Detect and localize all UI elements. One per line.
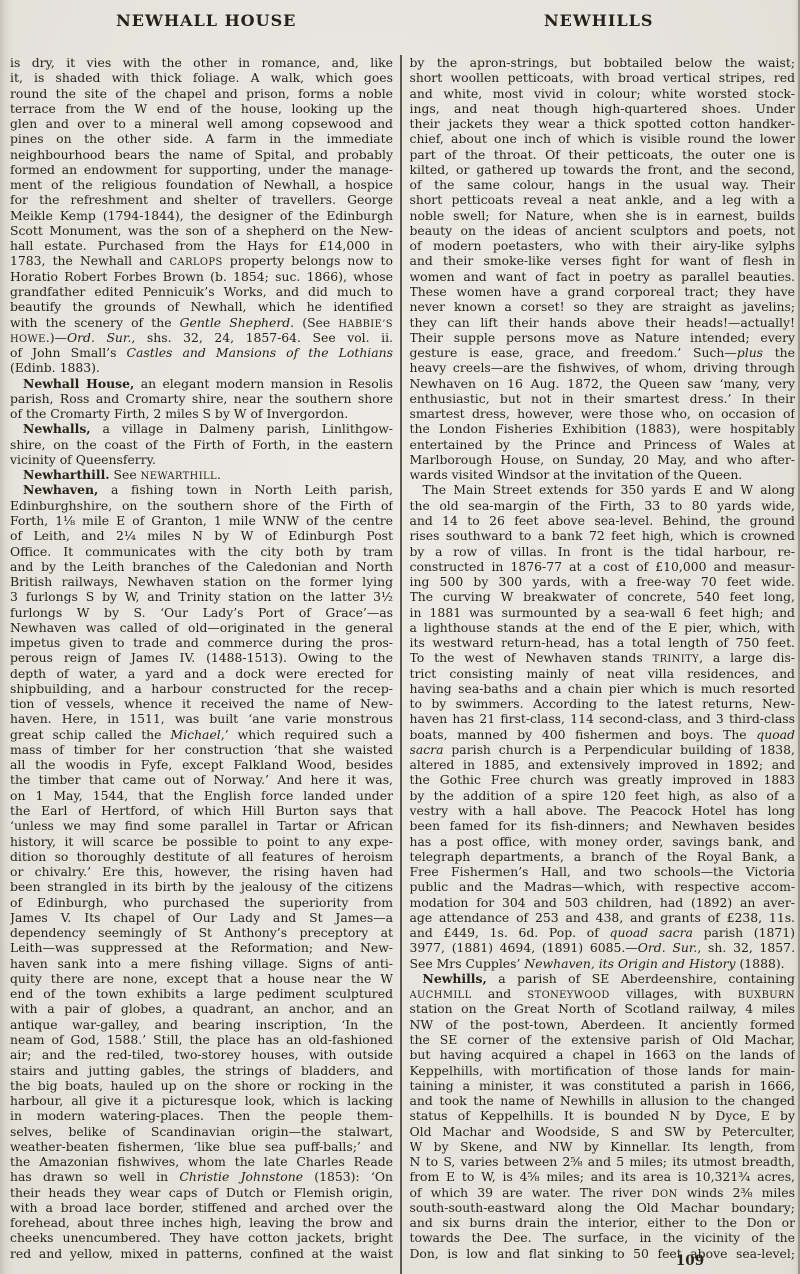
text-line: rises southward to a bank 72 feet high, …: [410, 528, 796, 543]
text-line: harbour, all give it a picturesque look,…: [10, 1093, 393, 1108]
text-line: gesture is ease, grace, and freedom.’ Su…: [410, 345, 796, 360]
text-line: and their smoke-like verses fight for wa…: [410, 253, 796, 268]
text-line: ‘unless we may find some parallel in Tar…: [10, 818, 393, 833]
right-column: by the apron-strings, but bobtailed belo…: [402, 55, 796, 1274]
text-line: See Mrs Cupples’ Newhaven, its Origin an…: [410, 956, 796, 971]
text-line: grandfather edited Pennicuik’s Works, an…: [10, 284, 393, 299]
text-line: great schip called the Michael,’ which r…: [10, 727, 393, 742]
text-line: wards visited Windsor at the invitation …: [410, 467, 796, 482]
text-line: of the same colour, hangs in the usual w…: [410, 177, 796, 192]
text-line: smartest dress, however, were those who,…: [410, 406, 796, 421]
text-line: Newhills, a parish of SE Aberdeenshire, …: [410, 971, 796, 986]
text-line: in 1881 was surmounted by a sea-wall 6 f…: [410, 605, 796, 620]
text-line: forehead, about three inches high, leavi…: [10, 1215, 393, 1230]
text-line: station on the Great North of Scotland r…: [410, 1001, 796, 1016]
text-line: red and yellow, mixed in patterns, confi…: [10, 1246, 393, 1261]
text-line: short woollen petticoats, with broad ver…: [410, 70, 796, 85]
text-line: the old sea-margin of the Firth, 33 to 8…: [410, 498, 796, 513]
text-line: of John Small’s Castles and Mansions of …: [10, 345, 393, 360]
text-line: of Leith, and 2¼ miles N by W of Edinbur…: [10, 528, 393, 543]
text-line: telegraph departments, a branch of the R…: [410, 849, 796, 864]
text-line: the Gothic Free church was greatly impro…: [410, 772, 796, 787]
text-line: age attendance of 253 and 438, and grant…: [410, 910, 796, 925]
text-line: has drawn so well in Christie Johnstone …: [10, 1169, 393, 1184]
text-line: south-south-eastward along the Old Macha…: [410, 1200, 796, 1215]
running-header-left: NEWHALL HOUSE: [10, 11, 403, 30]
text-line: Scott Monument, was the son of a shepher…: [10, 223, 393, 238]
text-line: the SE corner of the extensive parish of…: [410, 1032, 796, 1047]
text-line: but having acquired a chapel in 1663 on …: [410, 1047, 796, 1062]
text-line: of Edinburgh, who purchased the superior…: [10, 895, 393, 910]
text-line: weather-beaten fishermen, ‘like blue sea…: [10, 1139, 393, 1154]
text-line: a lighthouse stands at the end of the E …: [410, 620, 796, 635]
text-line: constructed in 1876-77 at a cost of £10,…: [410, 559, 796, 574]
text-line: public and the Madras—which, with respec…: [410, 879, 796, 894]
text-line: beautify the grounds of Newhall, which h…: [10, 299, 393, 314]
text-line: trict consisting mainly of neat villa re…: [410, 666, 796, 681]
text-line: furlongs W by S. ‘Our Lady’s Port of Gra…: [10, 605, 393, 620]
text-line: neighbourhood bears the name of Spital, …: [10, 147, 393, 162]
text-line: formed an endowment for supporting, unde…: [10, 162, 393, 177]
text-line: haven has 21 first-class, 114 second-cla…: [410, 711, 796, 726]
left-column: is dry, it vies with the other in romanc…: [10, 55, 400, 1274]
text-line: and white, most vivid in colour; white w…: [410, 86, 796, 101]
text-line: (Edinb. 1883).: [10, 360, 393, 375]
text-line: of modern poetasters, who with their air…: [410, 238, 796, 253]
text-line: hall estate. Purchased from the Hays for…: [10, 238, 393, 253]
text-line: cheeks unencumbered. They have cotton ja…: [10, 1230, 393, 1245]
text-line: Newharthill. See NEWARTHILL.: [10, 467, 393, 482]
text-line: depth of water, a yard and a dock were e…: [10, 666, 393, 681]
text-line: Don, is low and flat sinking to 50 feet …: [410, 1246, 796, 1261]
text-line: noble swell; for Nature, when she is in …: [410, 208, 796, 223]
text-line: tion of vessels, whence it received the …: [10, 696, 393, 711]
text-line: beauty on the ideas of ancient sculptors…: [410, 223, 796, 238]
text-line: altered in 1885, and extensively improve…: [410, 757, 796, 772]
text-line: it, is shaded with thick foliage. A walk…: [10, 70, 393, 85]
text-line: the big boats, hauled up on the shore or…: [10, 1078, 393, 1093]
text-line: with the scenery of the Gentle Shepherd.…: [10, 315, 393, 330]
text-line: has a post office, with money order, sav…: [410, 834, 796, 849]
text-line: entertained by the Prince and Princess o…: [410, 437, 796, 452]
text-line: These women have a grand corporeal tract…: [410, 284, 796, 299]
text-line: pines on the other side. A farm in the i…: [10, 131, 393, 146]
text-line: Meikle Kemp (1794-1844), the designer of…: [10, 208, 393, 223]
text-line: dition so thoroughly destitute of all fe…: [10, 849, 393, 864]
text-line: shire, on the coast of the Firth of Fort…: [10, 437, 393, 452]
text-line: Keppelhills, with mortification of those…: [410, 1063, 796, 1078]
text-line: dependency seemingly of St Anthony’s pre…: [10, 925, 393, 940]
text-line: The Main Street extends for 350 yards E …: [410, 482, 796, 497]
text-line: NW of the post-town, Aberdeen. It ancien…: [410, 1017, 796, 1032]
text-line: been strangled in its birth by the jealo…: [10, 879, 393, 894]
column-rule: [400, 55, 402, 1274]
text-columns: is dry, it vies with the other in romanc…: [10, 55, 795, 1274]
text-line: by the addition of a spire 120 feet high…: [410, 788, 796, 803]
text-line: ing 500 by 300 yards, with a free-way 70…: [410, 574, 796, 589]
text-line: towards the Dee. The surface, in the vic…: [410, 1230, 796, 1245]
text-line: or chivalry.’ Ere this, however, the ris…: [10, 864, 393, 879]
text-line: the Earl of Hertford, of which Hill Burt…: [10, 803, 393, 818]
text-line: kilted, or gathered up towards the front…: [410, 162, 796, 177]
text-line: boats, manned by 400 fishermen and boys.…: [410, 727, 796, 742]
text-line: of which 39 are water. The river DON win…: [410, 1185, 796, 1200]
text-line: Newhalls, a village in Dalmeny parish, L…: [10, 421, 393, 436]
text-line: To the west of Newhaven stands TRINITY, …: [410, 650, 796, 665]
text-line: end of the town exhibits a large pedimen…: [10, 986, 393, 1001]
text-line: to by swimmers. According to the latest …: [410, 696, 796, 711]
text-line: haven sank into a mere fishing village. …: [10, 956, 393, 971]
text-line: is dry, it vies with the other in romanc…: [10, 55, 393, 70]
text-line: terrace from the W end of the house, loo…: [10, 101, 393, 116]
text-line: antique war-galley, and bearing inscript…: [10, 1017, 393, 1032]
text-line: short petticoats reveal a neat ankle, an…: [410, 192, 796, 207]
text-line: 3977, (1881) 4694, (1891) 6085.—Ord. Sur…: [410, 940, 796, 955]
text-line: 3 furlongs S by W, and Trinity station o…: [10, 589, 393, 604]
text-line: Office. It communicates with the city bo…: [10, 544, 393, 559]
text-line: Leith—was suppressed at the Reformation;…: [10, 940, 393, 955]
text-line: Forth, 1⅛ mile E of Granton, 1 mile WNW …: [10, 513, 393, 528]
gazetteer-page: NEWHALL HOUSE NEWHILLS is dry, it vies w…: [0, 0, 800, 1274]
text-line: its westward return-head, has a total le…: [410, 635, 796, 650]
text-line: Marlborough House, on Sunday, 20 May, an…: [410, 452, 796, 467]
text-line: quity there are none, except that a hous…: [10, 971, 393, 986]
text-line: HOWE.)—Ord. Sur., shs. 32, 24, 1857-64. …: [10, 330, 393, 345]
text-line: N to S, varies between 2⅝ and 5 miles; i…: [410, 1154, 796, 1169]
text-line: stairs and jutting gables, the strings o…: [10, 1063, 393, 1078]
text-line: The curving W breakwater of concrete, 54…: [410, 589, 796, 604]
text-line: selves, belike of Scandinavian origin—th…: [10, 1124, 393, 1139]
text-line: vestry with a hall above. The Peacock Ho…: [410, 803, 796, 818]
text-line: shipbuilding, and a harbour constructed …: [10, 681, 393, 696]
text-line: round the site of the chapel and prison,…: [10, 86, 393, 101]
text-line: in modern watering-places. Then the peop…: [10, 1108, 393, 1123]
text-line: W by Skene, and NW by Kinnellar. Its len…: [410, 1139, 796, 1154]
text-line: for the refreshment and shelter of trave…: [10, 192, 393, 207]
text-line: heavy creels—are the fishwives, of whom,…: [410, 360, 796, 375]
text-line: never known a corset! so they are straig…: [410, 299, 796, 314]
text-line: and six burns drain the interior, either…: [410, 1215, 796, 1230]
text-line: with a broad lace border, stiffened and …: [10, 1200, 393, 1215]
text-line: all the woodis in Fyfe, except Falkland …: [10, 757, 393, 772]
text-line: and by the Leith branches of the Caledon…: [10, 559, 393, 574]
text-line: their heads they wear caps of Dutch or F…: [10, 1185, 393, 1200]
text-line: mass of timber for her construction ‘tha…: [10, 742, 393, 757]
text-line: chief, about one inch of which is visibl…: [410, 131, 796, 146]
text-line: vicinity of Queensferry.: [10, 452, 393, 467]
text-line: Free Fishermen’s Hall, and two schools—t…: [410, 864, 796, 879]
text-line: Horatio Robert Forbes Brown (b. 1854; su…: [10, 269, 393, 284]
running-header-right: NEWHILLS: [403, 11, 796, 30]
text-line: part of the throat. Of their petticoats,…: [410, 147, 796, 162]
text-line: James V. Its chapel of Our Lady and St J…: [10, 910, 393, 925]
text-line: Newhaven, a fishing town in North Leith …: [10, 482, 393, 497]
text-line: and £449, 1s. 6d. Pop. of quoad sacra pa…: [410, 925, 796, 940]
text-line: glen and over to a mineral well among co…: [10, 116, 393, 131]
text-line: haven. Here, in 1511, was built ‘ane var…: [10, 711, 393, 726]
text-line: with a pair of globes, a quadrant, an an…: [10, 1001, 393, 1016]
text-line: the Amazonian fishwives, whom the late C…: [10, 1154, 393, 1169]
text-line: air; and the red-tiled, two-storey house…: [10, 1047, 393, 1062]
text-line: on 1 May, 1544, that the English force l…: [10, 788, 393, 803]
text-line: Newhall House, an elegant modern mansion…: [10, 376, 393, 391]
text-line: of the Cromarty Firth, 2 miles S by W of…: [10, 406, 393, 421]
text-line: and took the name of Newhills in allusio…: [410, 1093, 796, 1108]
text-line: history, it will scarce be possible to p…: [10, 834, 393, 849]
text-line: enthusiastic, but not in their smartest …: [410, 391, 796, 406]
running-headers: NEWHALL HOUSE NEWHILLS: [10, 11, 795, 30]
text-line: their jackets they wear a thick spotted …: [410, 116, 796, 131]
text-line: Their supple persons move as Nature inte…: [410, 330, 796, 345]
text-line: Edinburghshire, on the southern shore of…: [10, 498, 393, 513]
page-number: 109: [655, 1253, 725, 1269]
text-line: AUCHMILL and STONEYWOOD villages, with B…: [410, 986, 796, 1001]
text-line: women and want of fact in poetry as para…: [410, 269, 796, 284]
text-line: by the apron-strings, but bobtailed belo…: [410, 55, 796, 70]
text-line: the timber that came out of Norway.’ And…: [10, 772, 393, 787]
text-line: Newhaven on 16 Aug. 1872, the Queen saw …: [410, 376, 796, 391]
text-line: British railways, Newhaven station on th…: [10, 574, 393, 589]
text-line: 1783, the Newhall and CARLOPS property b…: [10, 253, 393, 268]
text-line: impetus given to trade and commerce duri…: [10, 635, 393, 650]
text-line: Newhaven was called of old—originated in…: [10, 620, 393, 635]
text-line: having sea-baths and a chain pier which …: [410, 681, 796, 696]
text-line: sacra parish church is a Perpendicular b…: [410, 742, 796, 757]
text-line: from E to W, is 4⅝ miles; and its area i…: [410, 1169, 796, 1184]
text-line: the London Fisheries Exhibition (1883), …: [410, 421, 796, 436]
text-line: perous reign of James IV. (1488-1513). O…: [10, 650, 393, 665]
text-line: modation for 304 and 503 children, had (…: [410, 895, 796, 910]
text-line: ment of the religious foundation of Newh…: [10, 177, 393, 192]
text-line: and 14 to 26 feet above sea-level. Behin…: [410, 513, 796, 528]
text-line: been famed for its fish-dinners; and New…: [410, 818, 796, 833]
text-line: neam of God, 1588.’ Still, the place has…: [10, 1032, 393, 1047]
text-line: they can lift their hands above their he…: [410, 315, 796, 330]
text-line: taining a minister, it was constituted a…: [410, 1078, 796, 1093]
text-line: Old Machar and Woodside, S and SW by Pet…: [410, 1124, 796, 1139]
text-line: parish, Ross and Cromarty shire, near th…: [10, 391, 393, 406]
text-line: status of Keppelhills. It is bounded N b…: [410, 1108, 796, 1123]
text-line: by a row of villas. In front is the tida…: [410, 544, 796, 559]
text-line: ings, and neat though high-quartered sho…: [410, 101, 796, 116]
